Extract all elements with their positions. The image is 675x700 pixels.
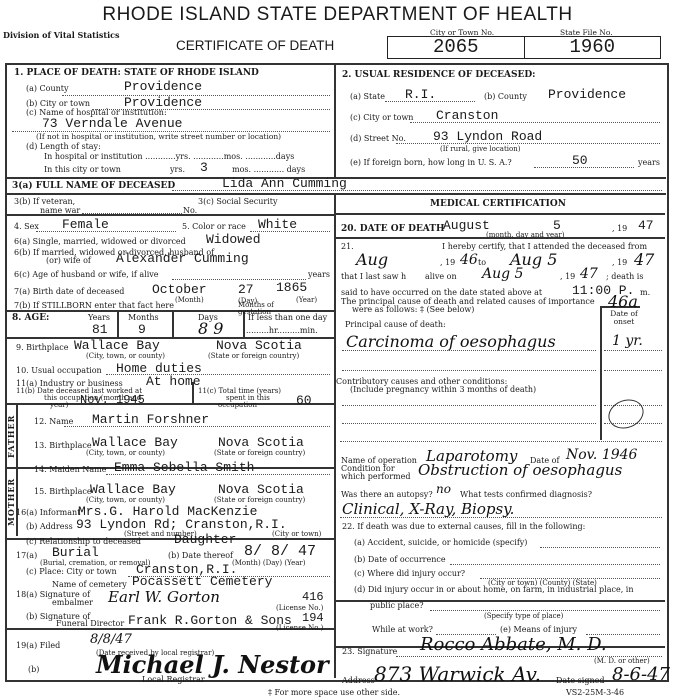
res-street-field[interactable]: 93 Lyndon Road bbox=[433, 130, 542, 143]
death-is-label: ; death is bbox=[606, 272, 643, 281]
work-label: While at work? bbox=[372, 625, 433, 634]
external-heading: 22. If death was due to external causes,… bbox=[342, 522, 585, 531]
res-state-field[interactable]: R.I. bbox=[405, 88, 436, 101]
autopsy-field[interactable]: no bbox=[436, 482, 451, 496]
stay-city-label: In this city or town bbox=[44, 165, 121, 174]
marital-label: 6(a) Single, married, widowed or divorce… bbox=[14, 237, 186, 246]
death-month-field[interactable]: August bbox=[443, 219, 490, 232]
onset-label: Date of onset bbox=[610, 310, 638, 326]
filed-date-field[interactable]: 8/8/47 bbox=[90, 632, 132, 647]
mother-name-field[interactable]: Emma Sebella Smith bbox=[114, 461, 254, 474]
informant-label: 16(a) Informant bbox=[16, 508, 80, 517]
birth-label: 7(a) Birth date of deceased bbox=[14, 287, 124, 296]
veteran-sub: name war bbox=[40, 206, 80, 215]
birthplace-label: 9. Birthplace bbox=[16, 343, 68, 352]
res-county-field[interactable]: Providence bbox=[548, 88, 626, 101]
res-city-field[interactable]: Cranston bbox=[436, 109, 498, 122]
res-city-label: (c) City or town bbox=[350, 113, 413, 122]
last-saw-label: that I last saw h bbox=[341, 272, 406, 281]
stay-months-suffix: mos. ............ days bbox=[232, 165, 305, 174]
disposition-place-label: (c) Place: City or town bbox=[26, 567, 117, 576]
embalmer-signature[interactable]: Earl W. Gorton bbox=[108, 588, 220, 606]
last-saw-date-field[interactable]: Aug 5 bbox=[482, 266, 523, 282]
age-label: 8. AGE: bbox=[12, 313, 49, 323]
principal-duration-field[interactable]: 1 yr. bbox=[612, 333, 643, 349]
divider bbox=[172, 312, 174, 337]
external-d-label-1: (d) Did injury occur in or about home, o… bbox=[354, 585, 634, 594]
last-worked-field[interactable]: Nov. 1945 bbox=[80, 394, 145, 406]
father-birthplace-label: 13. Birthplace bbox=[34, 441, 92, 450]
embalmer-label-2: embalmer bbox=[52, 598, 93, 607]
death-county-field[interactable]: Providence bbox=[124, 80, 202, 93]
mother-birthplace-city-field[interactable]: Wallace Bay bbox=[90, 483, 176, 496]
divider bbox=[335, 213, 665, 215]
informant-address-label: (b) Address bbox=[26, 522, 73, 531]
date-signed-label: Date signed bbox=[556, 676, 604, 685]
death-year-field[interactable]: 47 bbox=[638, 219, 654, 232]
foreign-label: (e) If foreign born, how long in U. S. A… bbox=[350, 158, 512, 167]
external-b-label: (b) Date of occurrence bbox=[354, 555, 446, 564]
mother-birthplace-state-field[interactable]: Nova Scotia bbox=[218, 483, 304, 496]
embalmer-license-field[interactable]: 416 bbox=[302, 591, 324, 603]
state-caption: (State or foreign country) bbox=[214, 449, 305, 457]
total-time-field[interactable]: 60 bbox=[296, 394, 312, 407]
certificate-title: CERTIFICATE OF DEATH bbox=[176, 38, 334, 53]
stay-label: (d) Length of stay: bbox=[26, 142, 101, 151]
principal-label: Principal cause of death: bbox=[345, 320, 446, 329]
ssn-sub: No. bbox=[183, 206, 197, 215]
spouse-age-label: 6(c) Age of husband or wife, if alive bbox=[14, 270, 159, 279]
cert-label: 21. bbox=[341, 242, 354, 251]
last-worked-label-3: year) bbox=[50, 401, 68, 409]
ssn-label: 3(c) Social Security bbox=[198, 197, 278, 206]
external-d-label-2: public place? bbox=[370, 601, 424, 610]
external-a-field[interactable] bbox=[540, 547, 660, 548]
date-caption: (Month) (Day) (Year) bbox=[232, 559, 305, 567]
department-title: RHODE ISLAND STATE DEPARTMENT OF HEALTH bbox=[0, 4, 675, 26]
spouse-age-suffix: years bbox=[308, 270, 330, 279]
stay-hospital-label: In hospital or institution ............y… bbox=[44, 152, 294, 161]
principal-cause-field[interactable]: Carcinoma of oesophagus bbox=[346, 332, 556, 351]
tests-field[interactable]: Clinical, X-Ray, Biopsy. bbox=[342, 500, 514, 518]
sex-label: 4. Sex bbox=[14, 222, 39, 231]
attended-from-field[interactable]: Aug bbox=[356, 250, 388, 269]
method-caption: (Burial, cremation, or removal) bbox=[40, 559, 151, 567]
birthplace-state-field[interactable]: Nova Scotia bbox=[216, 339, 302, 352]
stay-years-suffix: yrs. bbox=[170, 165, 185, 174]
hospital-note: (If not in hospital or institution, writ… bbox=[36, 132, 281, 141]
city-no-field[interactable]: 2065 bbox=[388, 37, 525, 58]
res-street-label: (d) Street No. bbox=[350, 134, 406, 143]
residence-heading: 2. USUAL RESIDENCE OF DECEASED: bbox=[342, 70, 536, 80]
divider bbox=[334, 193, 336, 678]
time-suffix: m. bbox=[640, 288, 650, 297]
state-file-field[interactable]: 1960 bbox=[525, 37, 661, 58]
external-d-caption: (Specify type of place) bbox=[484, 612, 563, 620]
occurred-label: said to have occurred on the date stated… bbox=[341, 288, 542, 297]
full-name-label: 3(a) FULL NAME OF DECEASED bbox=[12, 181, 175, 191]
disposition-date-field[interactable]: 8/ 8/ 47 bbox=[244, 544, 316, 559]
father-name-field[interactable]: Martin Forshner bbox=[92, 413, 209, 426]
city-label: (b) City or town bbox=[26, 99, 90, 108]
external-d-field[interactable] bbox=[430, 610, 660, 611]
file-number-boxes: 2065 1960 bbox=[387, 36, 661, 59]
occupation-label: 10. Usual occupation bbox=[16, 366, 102, 375]
principal-intro-2: were as follows: ‡ (See below) bbox=[352, 305, 474, 314]
mother-name-label: 14. Maiden Name bbox=[34, 465, 106, 474]
state-caption: (State or foreign country) bbox=[214, 496, 305, 504]
form-number: VS2-25M-3-46 bbox=[566, 688, 624, 697]
res-county-label: (b) County bbox=[484, 92, 527, 101]
tests-label: What tests confirmed diagnosis? bbox=[460, 490, 592, 499]
physician-signature[interactable]: Rocco Abbate, M. D. bbox=[420, 634, 607, 655]
contributory-field[interactable] bbox=[342, 423, 596, 424]
filed-b-label: (b) bbox=[28, 665, 39, 674]
disposition-date-label: (b) Date thereof bbox=[168, 551, 233, 560]
disposition-label: 17(a) bbox=[16, 551, 37, 560]
birth-month-field[interactable]: October bbox=[152, 283, 207, 296]
age-years-label: Years bbox=[88, 313, 110, 322]
rural-note: (If rural, give location) bbox=[440, 145, 520, 153]
father-birthplace-city-field[interactable]: Wallace Bay bbox=[92, 436, 178, 449]
county-label: (a) County bbox=[26, 84, 69, 93]
industry-field[interactable]: At home bbox=[146, 375, 201, 388]
autopsy-label: Was there an autopsy? bbox=[341, 490, 433, 499]
disposition-method-field[interactable]: Burial bbox=[52, 546, 99, 559]
external-c-label: (c) Where did injury occur? bbox=[354, 569, 465, 578]
age-hr-min: .........hr.........min. bbox=[246, 326, 318, 335]
alive-label: alive on bbox=[425, 272, 457, 281]
mother-side-label: MOTHER bbox=[6, 470, 16, 534]
mother-birthplace-label: 15. Birthplace bbox=[34, 487, 92, 496]
age-days-field[interactable]: 8 9 bbox=[198, 319, 223, 338]
year-caption: (Year) bbox=[296, 296, 317, 304]
deceased-name-field[interactable]: Lida Ann Cumming bbox=[222, 177, 347, 190]
age-years-field[interactable]: 81 bbox=[92, 323, 108, 336]
year-prefix-19: , 19 bbox=[440, 258, 455, 267]
last-saw-year-field[interactable]: 47 bbox=[580, 266, 598, 282]
registrar-signature[interactable]: Michael J. Nestor bbox=[96, 650, 329, 679]
death-date-caption: (month, day and year) bbox=[486, 231, 564, 239]
contributory-field[interactable] bbox=[342, 405, 596, 406]
spouse-label-2: (or) wife of bbox=[46, 256, 91, 265]
stillborn-label: 7(b) If STILLBORN enter that fact here bbox=[14, 301, 174, 310]
registrar-caption: Local Registrar bbox=[142, 675, 205, 684]
year-prefix-19: , 19 bbox=[560, 272, 575, 281]
veteran-label: 3(b) If veteran, bbox=[14, 197, 75, 206]
external-a-label: (a) Accident, suicide, or homicide (spec… bbox=[354, 538, 527, 547]
birthplace-city-field[interactable]: Wallace Bay bbox=[74, 339, 160, 352]
external-b-field[interactable] bbox=[450, 564, 660, 565]
age-months-label: Months bbox=[128, 313, 159, 322]
license-caption: (License No.) bbox=[276, 624, 323, 632]
filed-label: 19(a) Filed bbox=[16, 641, 60, 650]
condition-field[interactable]: Obstruction of oesophagus bbox=[418, 461, 622, 479]
father-side-label: FATHER bbox=[6, 408, 16, 464]
medical-heading: MEDICAL CERTIFICATION bbox=[430, 199, 566, 209]
state-caption: (State or foreign country) bbox=[208, 352, 299, 360]
years-suffix: years bbox=[638, 158, 660, 167]
attended-to-year-field[interactable]: 47 bbox=[634, 250, 654, 269]
death-year-prefix: , 19 bbox=[612, 224, 627, 233]
marital-field[interactable]: Widowed bbox=[206, 233, 261, 246]
date-signed-field[interactable]: 8-6-47 bbox=[612, 664, 670, 685]
physician-signature-label: 23. Signature bbox=[342, 647, 397, 656]
divider bbox=[334, 64, 336, 177]
death-date-label: 20. DATE OF DEATH bbox=[341, 224, 445, 234]
divider bbox=[117, 312, 119, 337]
birth-day-field[interactable]: 27 bbox=[238, 283, 254, 296]
divider bbox=[6, 193, 666, 195]
footer-note: ‡ For more space use other side. bbox=[268, 688, 400, 697]
cemetery-field[interactable]: Pocassett Cemetery bbox=[132, 575, 272, 588]
age-months-field[interactable]: 9 bbox=[138, 323, 146, 336]
birth-year-field[interactable]: 1865 bbox=[276, 281, 307, 294]
place-of-death-heading: 1. PLACE OF DEATH: STATE OF RHODE ISLAND bbox=[14, 68, 259, 78]
divider bbox=[6, 338, 7, 340]
race-field[interactable]: White bbox=[258, 218, 297, 231]
year-prefix-19: , 19 bbox=[612, 258, 627, 267]
city-town-caption: (City or town) bbox=[272, 530, 321, 538]
month-caption: (Month) bbox=[175, 296, 204, 304]
attended-from-year-field[interactable]: 46 bbox=[460, 252, 478, 268]
stay-city-months-field[interactable]: 3 bbox=[200, 161, 208, 174]
foreign-years-field[interactable]: 50 bbox=[572, 154, 588, 167]
death-place-field[interactable]: 73 Verndale Avenue bbox=[42, 117, 182, 130]
res-state-label: (a) State bbox=[350, 92, 385, 101]
contributory-note: (Include pregnancy within 3 months of de… bbox=[350, 385, 536, 394]
race-label: 5. Color or race bbox=[182, 222, 246, 231]
age-less-day-label: If less than one day bbox=[248, 313, 327, 322]
director-license-field[interactable]: 194 bbox=[302, 612, 324, 624]
onset-column-line bbox=[600, 306, 602, 440]
sex-field[interactable]: Female bbox=[62, 218, 109, 231]
division-label: Division of Vital Statistics bbox=[3, 30, 120, 40]
director-field[interactable]: Frank R.Gorton & Sons bbox=[128, 614, 292, 627]
city-caption: (City, town, or county) bbox=[86, 496, 165, 504]
physician-address-label: Address bbox=[342, 676, 375, 685]
father-birthplace-state-field[interactable]: Nova Scotia bbox=[218, 436, 304, 449]
director-label-2: Funeral Director bbox=[56, 619, 124, 628]
relationship-field[interactable]: Daughter bbox=[174, 533, 236, 546]
spouse-field[interactable]: Alexander Cumming bbox=[116, 252, 249, 265]
condition-label-2: which performed bbox=[341, 472, 410, 481]
city-caption: (City, town, or county) bbox=[86, 352, 165, 360]
means-label: (e) Means of injury bbox=[500, 625, 577, 634]
father-name-label: 12. Name bbox=[34, 417, 73, 426]
total-time-label-3: occupation bbox=[218, 401, 257, 409]
physician-address-field[interactable]: 873 Warwick Av. bbox=[374, 662, 541, 686]
city-caption: (City, town, or county) bbox=[86, 449, 165, 457]
